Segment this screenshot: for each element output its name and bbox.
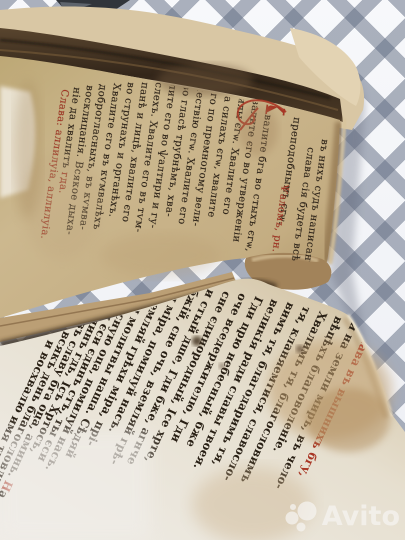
- watermark-text: Avito: [322, 503, 400, 530]
- photo-old-church-slavonic-book: слававъ нихъ судъ написанъ,слава сія буд…: [0, 0, 405, 540]
- avito-logo-icon: [285, 500, 319, 532]
- tablecloth-background: [0, 0, 405, 540]
- avito-watermark: Avito: [285, 500, 400, 532]
